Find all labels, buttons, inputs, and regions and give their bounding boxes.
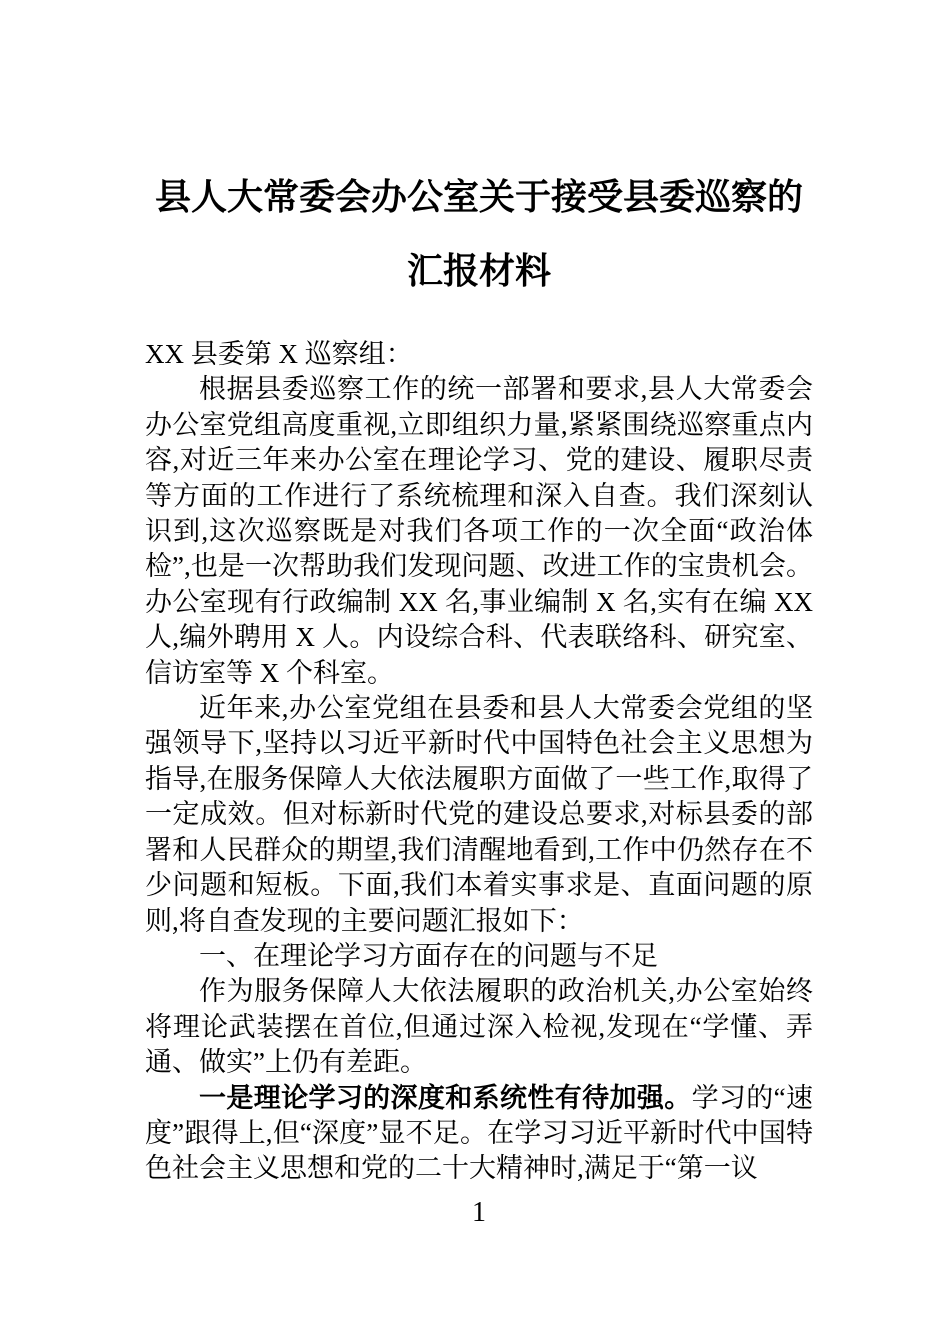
salutation: XX 县委第 X 巡察组：: [145, 337, 813, 372]
section-heading-theory-study: 一、在理论学习方面存在的问题与不足: [145, 939, 813, 974]
document-content: 县人大常委会办公室关于接受县委巡察的 汇报材料 XX 县委第 X 巡察组： 根据…: [145, 160, 813, 1229]
paragraph-first-issue: 一是理论学习的深度和系统性有待加强。学习的“速度”跟得上,但“深度”显不足。在学…: [145, 1081, 813, 1187]
title-line-1: 县人大常委会办公室关于接受县委巡察的: [145, 160, 813, 234]
paragraph-first-issue-lead: 一是理论学习的深度和系统性有待加强。: [199, 1083, 692, 1113]
paragraph-overview: 根据县委巡察工作的统一部署和要求,县人大常委会办公室党组高度重视,立即组织力量,…: [145, 372, 813, 691]
document-page: 县人大常委会办公室关于接受县委巡察的 汇报材料 XX 县委第 X 巡察组： 根据…: [0, 0, 950, 1344]
paragraph-recent-years: 近年来,办公室党组在县委和县人大常委会党组的坚强领导下,坚持以习近平新时代中国特…: [145, 691, 813, 939]
title-line-2: 汇报材料: [145, 234, 813, 308]
page-number: 1: [145, 1197, 813, 1229]
paragraph-theory-intro: 作为服务保障人大依法履职的政治机关,办公室始终将理论武装摆在首位,但通过深入检视…: [145, 974, 813, 1080]
document-title: 县人大常委会办公室关于接受县委巡察的 汇报材料: [145, 160, 813, 308]
document-body: XX 县委第 X 巡察组： 根据县委巡察工作的统一部署和要求,县人大常委会办公室…: [145, 337, 813, 1187]
